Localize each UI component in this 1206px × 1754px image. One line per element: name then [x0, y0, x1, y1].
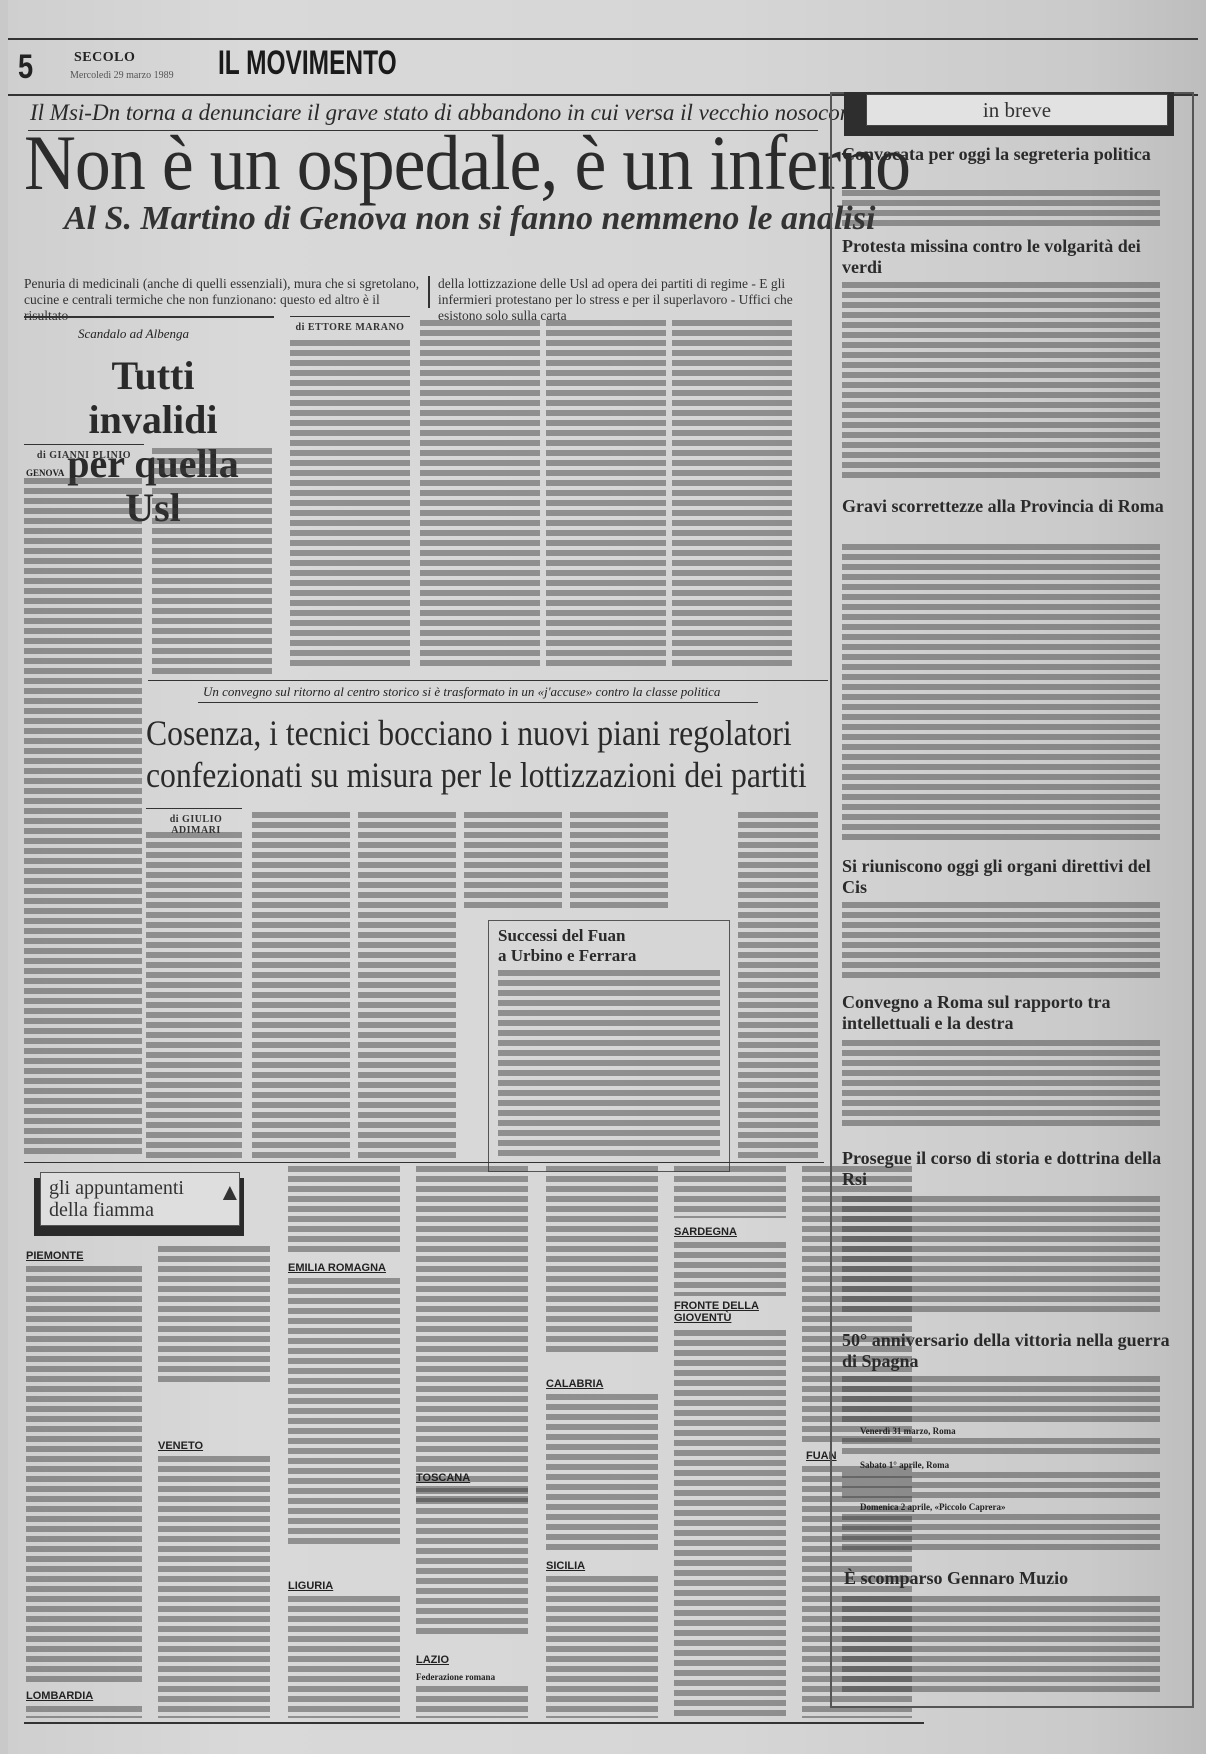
appuntamenti-col1-tail: [26, 1706, 142, 1718]
cosenza-headline-line1: Cosenza, i tecnici bocciano i nuovi pian…: [146, 712, 807, 754]
region-calabria: CALABRIA: [546, 1378, 603, 1390]
brief-body: [842, 1196, 1160, 1316]
flame-icon: ▲: [218, 1180, 242, 1207]
appuntamenti-top-rule: [24, 1162, 824, 1163]
region-veneto: VENETO: [158, 1440, 203, 1452]
lead-deck-right: della lottizzazione delle Usl ad opera d…: [438, 276, 828, 324]
region-emilia-romagna: EMILIA ROMAGNA: [288, 1262, 386, 1274]
appuntamenti-label-line2: della fiamma: [49, 1199, 239, 1221]
region-piemonte: PIEMONTE: [26, 1250, 83, 1262]
spagna-schedule-item: Domenica 2 aprile, «Piccolo Caprera»: [860, 1502, 1006, 1512]
cosenza-body-col6: [738, 812, 818, 1158]
albenga-dateline: GENOVA: [26, 468, 64, 478]
appuntamenti-col4a: [416, 1166, 528, 1506]
fuan-title-line1: Successi del Fuan: [498, 926, 636, 946]
lead-subheadline: Al S. Martino di Genova non si fanno nem…: [64, 200, 875, 238]
region-lombardia: LOMBARDIA: [26, 1690, 93, 1702]
region-lazio: LAZIO: [416, 1654, 449, 1666]
fuan-body: [498, 970, 720, 1160]
spagna-schedule-item: Sabato 1° aprile, Roma: [860, 1460, 949, 1470]
albenga-body-col1: [24, 478, 142, 1158]
in-breve-label: in breve: [866, 94, 1168, 126]
fuan-title-line2: a Urbino e Ferrara: [498, 946, 636, 966]
brief-body: [842, 190, 1160, 228]
brief-body: [842, 544, 1160, 840]
region-sicilia: SICILIA: [546, 1560, 585, 1572]
deck-divider: [428, 276, 430, 308]
page-number: 5: [18, 48, 33, 87]
cosenza-body-col5: [570, 812, 668, 912]
cosenza-top-rule: [148, 680, 828, 681]
region-sardegna: SARDEGNA: [674, 1226, 737, 1238]
region-liguria: LIGURIA: [288, 1580, 333, 1592]
lazio-subhead: Federazione romana: [416, 1672, 495, 1682]
albenga-headline-line1: Tutti invalidi: [48, 354, 258, 442]
lead-byline: di ETTORE MARANO: [290, 322, 410, 333]
paper-name: SECOLO: [74, 50, 135, 66]
appuntamenti-label: gli appuntamenti della fiamma: [40, 1172, 240, 1226]
brief-title: Convegno a Roma sul rapporto tra intelle…: [842, 992, 1172, 1034]
appuntamenti-col2a: [158, 1246, 270, 1386]
fuan-title: Successi del Fuan a Urbino e Ferrara: [498, 926, 636, 966]
appuntamenti-bottom-rule: [24, 1722, 924, 1724]
cosenza-byline-rule: [146, 808, 242, 809]
appuntamenti-col3a: [288, 1166, 400, 1256]
cosenza-kicker-rule: [198, 702, 758, 703]
region-fronte-gioventu: FRONTE DELLA GIOVENTÙ: [674, 1300, 786, 1324]
brief-title: Protesta missina contro le volgarità dei…: [842, 236, 1172, 278]
brief-body: [842, 1514, 1160, 1554]
brief-title: Convocata per oggi la segreteria politic…: [842, 144, 1172, 165]
cosenza-body-col3: [358, 812, 456, 1158]
lead-byline-rule: [290, 316, 410, 317]
albenga-byline-rule: [24, 444, 144, 445]
albenga-top-rule: [24, 316, 274, 318]
albenga-kicker: Scandalo ad Albenga: [78, 326, 189, 342]
appuntamenti-col3c: [288, 1596, 400, 1718]
appuntamenti-col5b: [546, 1394, 658, 1554]
appuntamenti-col3b: [288, 1278, 400, 1548]
brief-title: Si riuniscono oggi gli organi direttivi …: [842, 856, 1172, 898]
appuntamenti-col6b: [674, 1242, 786, 1296]
cosenza-body-col4: [464, 812, 562, 912]
lead-body-col3: [546, 320, 666, 670]
appuntamenti-col6c: [674, 1330, 786, 1718]
cosenza-kicker: Un convegno sul ritorno al centro storic…: [203, 684, 720, 700]
cosenza-body-col1: [146, 832, 242, 1158]
brief-body: [842, 1596, 1160, 1696]
masthead-top-rule: [8, 38, 1198, 40]
albenga-body-col2: [152, 448, 272, 678]
brief-body: [842, 1438, 1160, 1458]
lead-body-col2: [420, 320, 540, 670]
appuntamenti-col5c: [546, 1576, 658, 1718]
cosenza-headline: Cosenza, i tecnici bocciano i nuovi pian…: [146, 712, 807, 796]
appuntamenti-col1: [26, 1266, 142, 1686]
appuntamenti-label-line1: gli appuntamenti: [49, 1177, 239, 1199]
brief-title: 50° anniversario della vittoria nella gu…: [842, 1330, 1172, 1372]
cosenza-body-col2: [252, 812, 350, 1158]
appuntamenti-col4c: [416, 1686, 528, 1718]
appuntamenti-col5a: [546, 1166, 658, 1356]
brief-body: [842, 902, 1160, 978]
appuntamenti-col4b: [416, 1488, 528, 1638]
issue-date: Mercoledì 29 marzo 1989: [70, 70, 174, 81]
brief-body: [842, 1376, 1160, 1426]
brief-body: [842, 1472, 1160, 1502]
section-title: IL MOVIMENTO: [218, 44, 397, 83]
cosenza-headline-line2: confezionati su misura per le lottizzazi…: [146, 754, 807, 796]
region-toscana: TOSCANA: [416, 1472, 470, 1484]
appuntamenti-col6a: [674, 1166, 786, 1218]
brief-title: Gravi scorrettezze alla Provincia di Rom…: [842, 496, 1172, 517]
albenga-byline: di GIANNI PLINIO: [24, 450, 144, 461]
newspaper-page: 5 SECOLO Mercoledì 29 marzo 1989 IL MOVI…: [8, 0, 1206, 1754]
appuntamenti-col2b: [158, 1456, 270, 1718]
spagna-schedule-item: Venerdì 31 marzo, Roma: [860, 1426, 956, 1436]
lead-body-col4: [672, 320, 792, 670]
lead-headline: Non è un ospedale, è un inferno: [24, 118, 910, 208]
brief-title: È scomparso Gennaro Muzio: [844, 1568, 1174, 1589]
brief-body: [842, 1040, 1160, 1130]
lead-body-col1: [290, 340, 410, 670]
brief-title: Prosegue il corso di storia e dottrina d…: [842, 1148, 1172, 1190]
brief-body: [842, 282, 1160, 482]
